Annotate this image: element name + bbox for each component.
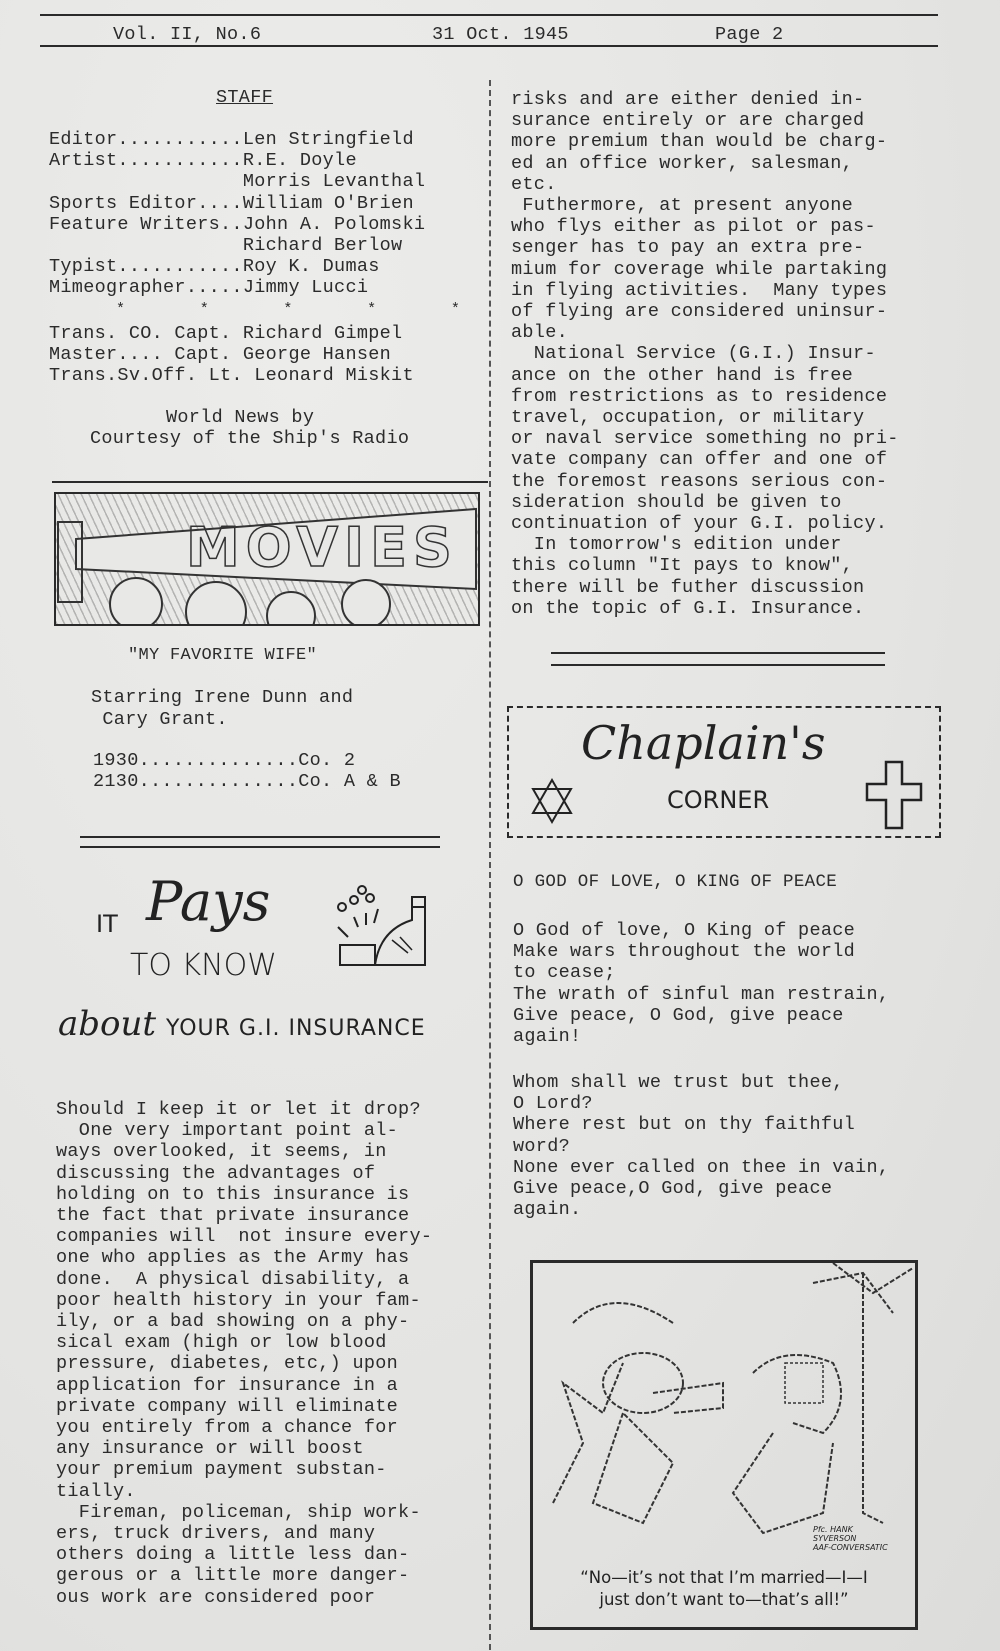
masthead-line: Vol. II, No.6 31 Oct. 1945 Page 2 [0, 19, 1000, 52]
article-line: in flying activities. Many types [511, 280, 899, 301]
hymn-line: word? [513, 1136, 889, 1157]
article-line: more premium than would be charg- [511, 131, 899, 152]
news-credit-line2: Courtesy of the Ship's Radio [90, 428, 409, 449]
hymn-line: O God of love, O King of peace [513, 920, 889, 941]
article-line: In tomorrow's edition under [511, 534, 899, 555]
article-line: ers, truck drivers, and many [56, 1523, 432, 1544]
header-bottom-rule [40, 45, 938, 47]
signature-line: AAF-CONVERSATIC [813, 1543, 888, 1552]
movie-showings: 1930..............Co. 22130.............… [93, 750, 401, 792]
cartoon-illustration [533, 1263, 915, 1553]
article-line: there will be futher discussion [511, 577, 899, 598]
officer-entry: Trans.Sv.Off. Lt. Leonard Miskit [49, 365, 414, 386]
staff-entry: Feature Writers..John A. Polomski [49, 214, 425, 235]
article-line: ily, or a bad showing on a phy- [56, 1311, 432, 1332]
header-top-rule [40, 14, 938, 16]
article-line: or naval service something no pri- [511, 428, 899, 449]
article-line: Fireman, policeman, ship work- [56, 1502, 432, 1523]
star-of-david-icon [527, 776, 577, 826]
cartoon-panel: Pfc. HANKSYVERSONAAF-CONVERSATIC “No—it’… [530, 1260, 918, 1630]
cartoon-caption: “No—it’s not that I’m married—I—I just d… [533, 1567, 915, 1611]
article-line: ous work are considered poor [56, 1587, 432, 1608]
article-line: the foremost reasons serious con- [511, 471, 899, 492]
banner-chaplains-text: Chaplain's [581, 716, 825, 770]
article-line: able. [511, 322, 899, 343]
hymn-line: Make wars throughout the world [513, 941, 889, 962]
hymn-line: The wrath of sinful man restrain, [513, 984, 889, 1005]
volume-number: Vol. II, No.6 [113, 24, 261, 45]
staff-entry: Morris Levanthal [49, 171, 425, 192]
insurance-article-right: risks and are either denied in-surance e… [511, 89, 899, 619]
movie-starring-line1: Starring Irene Dunn and [91, 687, 353, 708]
insurance-rule-top [80, 836, 440, 838]
heading-pays: Pays [146, 870, 270, 933]
staff-separator: * * * * * [116, 302, 460, 317]
article-line: the fact that private insurance [56, 1205, 432, 1226]
movies-banner-text: MOVIES [186, 516, 458, 579]
hymn-line: Give peace,O God, give peace [513, 1178, 889, 1199]
officer-entry: Master.... Capt. George Hansen [49, 344, 414, 365]
article-line: ed an office worker, salesman, [511, 153, 899, 174]
movies-banner: MOVIES [54, 492, 480, 626]
article-line: sical exam (high or low blood [56, 1332, 432, 1353]
article-line: this column "It pays to know", [511, 555, 899, 576]
article-line: any insurance or will boost [56, 1438, 432, 1459]
banner-corner-text: CORNER [667, 786, 769, 814]
article-line: surance entirely or are charged [511, 110, 899, 131]
article-line: tially. [56, 1481, 432, 1502]
staff-entry: Richard Berlow [49, 235, 425, 256]
news-credit-line1: World News by [166, 407, 314, 428]
chaplain-rule-top [551, 652, 885, 654]
cross-icon [865, 760, 925, 830]
article-line: who flys either as pilot or pas- [511, 216, 899, 237]
heading-it: IT [96, 910, 118, 938]
chaplain-rule-bottom [551, 664, 885, 666]
article-line: holding on to this insurance is [56, 1184, 432, 1205]
insurance-article-left: Should I keep it or let it drop? One ver… [56, 1099, 432, 1608]
heading-about: about [58, 1004, 156, 1044]
article-line: pressure, diabetes, etc,) upon [56, 1353, 432, 1374]
article-line: from restrictions as to residence [511, 386, 899, 407]
hymn-line: Whom shall we trust but thee, [513, 1072, 889, 1093]
article-line: travel, occupation, or military [511, 407, 899, 428]
staff-list: Editor...........Len StringfieldArtist..… [49, 129, 425, 299]
insurance-rule-bottom [80, 846, 440, 848]
hymn-line: to cease; [513, 962, 889, 983]
heading-to-know: TO KNOW [130, 948, 277, 983]
officers-list: Trans. CO. Capt. Richard GimpelMaster...… [49, 323, 414, 387]
hymn-title: O GOD OF LOVE, O KING OF PEACE [513, 872, 837, 893]
article-line: application for insurance in a [56, 1375, 432, 1396]
staff-entry: Sports Editor....William O'Brien [49, 193, 425, 214]
cartoon-signature: Pfc. HANKSYVERSONAAF-CONVERSATIC [813, 1525, 888, 1552]
hymn-line: Where rest but on thy faithful [513, 1114, 889, 1135]
article-line: one who applies as the Army has [56, 1247, 432, 1268]
chaplains-corner-banner: Chaplain's CORNER [507, 706, 941, 838]
hymn-line: O Lord? [513, 1093, 889, 1114]
hymn-stanza-2: Whom shall we trust but thee,O Lord?Wher… [513, 1072, 889, 1220]
staff-entry: Editor...........Len Stringfield [49, 129, 425, 150]
article-line: private company will eliminate [56, 1396, 432, 1417]
article-line: mium for coverage while partaking [511, 259, 899, 280]
audience-head-icon [186, 582, 246, 624]
article-line: poor health history in your fam- [56, 1290, 432, 1311]
heading-your-gi-insurance: YOUR G.I. INSURANCE [166, 1016, 426, 1041]
article-line: vate company can offer and one of [511, 449, 899, 470]
staff-entry: Typist...........Roy K. Dumas [49, 256, 425, 277]
article-line: ance on the other hand is free [511, 365, 899, 386]
article-line: on the topic of G.I. Insurance. [511, 598, 899, 619]
signature-line: Pfc. HANK [813, 1525, 888, 1534]
article-line: of flying are considered uninsur- [511, 301, 899, 322]
article-line: One very important point al- [56, 1120, 432, 1141]
movie-starring-line2: Cary Grant. [91, 709, 228, 730]
hymn-line: Give peace, O God, give peace [513, 1005, 889, 1026]
article-line: discussing the advantages of [56, 1163, 432, 1184]
movie-title: "MY FAVORITE WIFE" [128, 645, 317, 666]
audience-head-icon [267, 592, 315, 624]
article-line: risks and are either denied in- [511, 89, 899, 110]
article-line: done. A physical disability, a [56, 1269, 432, 1290]
cartoon-caption-line1: “No—it’s not that I’m married—I—I [533, 1567, 915, 1589]
article-line: etc. [511, 174, 899, 195]
article-line: ways overlooked, it seems, in [56, 1141, 432, 1162]
article-line: your premium payment substan- [56, 1459, 432, 1480]
signature-line: SYVERSON [813, 1534, 888, 1543]
officer-entry: Trans. CO. Capt. Richard Gimpel [49, 323, 414, 344]
article-line: others doing a little less dan- [56, 1544, 432, 1565]
staff-entry: Artist...........R.E. Doyle [49, 150, 425, 171]
showing-entry: 1930..............Co. 2 [93, 750, 401, 771]
audience-head-icon [110, 578, 162, 624]
staff-entry: Mimeographer.....Jimmy Lucci [49, 277, 425, 298]
article-line: you entirely from a chance for [56, 1417, 432, 1438]
article-line: Futhermore, at present anyone [511, 195, 899, 216]
column-divider [489, 80, 491, 1650]
movies-rule [52, 481, 488, 483]
article-line: National Service (G.I.) Insur- [511, 343, 899, 364]
article-line: gerous or a little more danger- [56, 1565, 432, 1586]
cash-register-icon [330, 885, 430, 975]
cartoon-caption-line2: just don’t want to—that’s all!” [533, 1589, 915, 1611]
hymn-line: None ever called on thee in vain, [513, 1157, 889, 1178]
hymn-stanza-1: O God of love, O King of peaceMake wars … [513, 920, 889, 1047]
staff-title: STAFF [216, 87, 273, 108]
hymn-line: again! [513, 1026, 889, 1047]
issue-date: 31 Oct. 1945 [432, 24, 569, 45]
article-line: companies will not insure every- [56, 1226, 432, 1247]
article-line: senger has to pay an extra pre- [511, 237, 899, 258]
article-line: sideration should be given to [511, 492, 899, 513]
article-line: Should I keep it or let it drop? [56, 1099, 432, 1120]
showing-entry: 2130..............Co. A & B [93, 771, 401, 792]
page-number: Page 2 [715, 24, 783, 45]
audience-head-icon [342, 580, 390, 624]
article-line: continuation of your G.I. policy. [511, 513, 899, 534]
hymn-line: again. [513, 1199, 889, 1220]
